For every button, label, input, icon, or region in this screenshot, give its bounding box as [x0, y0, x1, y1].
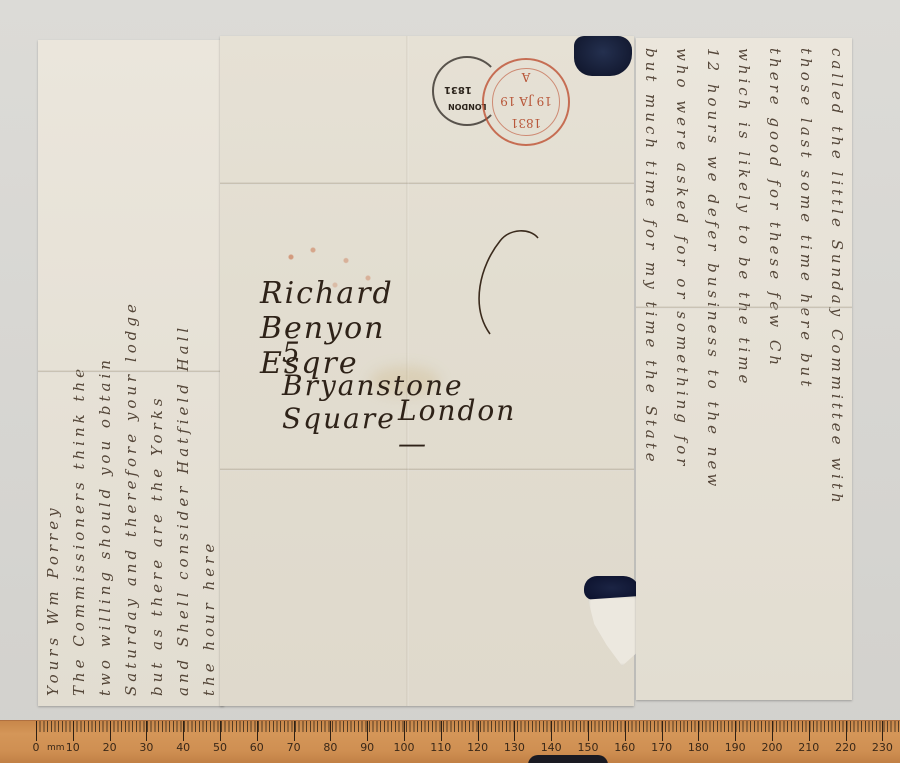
- ruler-major-tick: [73, 721, 74, 741]
- ruler-label: 210: [798, 741, 819, 754]
- ruler-label: 170: [651, 741, 672, 754]
- ruler-label: 110: [430, 741, 451, 754]
- wax-seal-top: [574, 36, 632, 76]
- ruler-ticks: [36, 721, 900, 741]
- fold-crease: [220, 182, 634, 185]
- ruler-major-tick: [478, 721, 479, 741]
- ruler-label: 130: [504, 741, 525, 754]
- handwriting-line: which is likely to be the time: [735, 48, 753, 690]
- ruler-label: 30: [139, 741, 153, 754]
- fold-crease: [636, 306, 852, 309]
- ruler-major-tick: [772, 721, 773, 741]
- ruler-major-tick: [809, 721, 810, 741]
- handwriting-line: but as there are the Yorks: [148, 50, 166, 696]
- address-panel: 1831 LONDON A 19 JA 19 1831 Richard Beny…: [220, 36, 634, 706]
- ruler-major-tick: [551, 721, 552, 741]
- red-postmark-date: 19 JA 19: [484, 94, 568, 108]
- ruler-major-tick: [846, 721, 847, 741]
- right-panel-handwriting: but much time for my time the State who …: [642, 48, 846, 690]
- ruler-label: 20: [103, 741, 117, 754]
- ruler-major-tick: [441, 721, 442, 741]
- right-panel: but much time for my time the State who …: [636, 38, 852, 700]
- ruler-major-tick: [146, 721, 147, 741]
- ruler-major-tick: [404, 721, 405, 741]
- ruler-major-tick: [588, 721, 589, 741]
- ruler-major-tick: [110, 721, 111, 741]
- address-city: London —: [398, 394, 516, 460]
- red-postmark: A 19 JA 19 1831: [482, 58, 570, 146]
- handwriting-line: the hour here: [200, 50, 218, 696]
- ruler-label: 100: [394, 741, 415, 754]
- ruler-label: 70: [287, 741, 301, 754]
- handwriting-line: 12 hours we defer business to the new: [704, 48, 722, 690]
- ruler-unit: mm: [47, 743, 65, 753]
- ruler-label: 40: [176, 741, 190, 754]
- red-postmark-year: 1831: [484, 116, 568, 130]
- ruler-label: 190: [725, 741, 746, 754]
- handwriting-line: Saturday and therefore your lodge: [122, 50, 140, 696]
- ruler-label: 80: [323, 741, 337, 754]
- left-panel: Yours Wm Porrey The Commissioners think …: [38, 40, 224, 706]
- ruler-label: 160: [614, 741, 635, 754]
- handwriting-line: called the little Sunday Committee with: [828, 48, 846, 690]
- ruler-label: 0: [33, 741, 40, 754]
- ruler-clip: [528, 755, 608, 763]
- ruler-major-tick: [662, 721, 663, 741]
- ruler-label: 90: [360, 741, 374, 754]
- ruler-major-tick: [514, 721, 515, 741]
- black-postmark-year: 1831: [444, 84, 472, 95]
- folded-letter-cover: Yours Wm Porrey The Commissioners think …: [38, 36, 852, 706]
- ruler-label: 120: [467, 741, 488, 754]
- handwriting-line: those last some time here but: [797, 48, 815, 690]
- ruler-label: 200: [762, 741, 783, 754]
- ruler-major-tick: [220, 721, 221, 741]
- handwriting-line: Yours Wm Porrey: [44, 50, 62, 696]
- ruler-major-tick: [330, 721, 331, 741]
- handwriting-line: The Commissioners think the: [70, 50, 88, 696]
- ruler-major-tick: [257, 721, 258, 741]
- ruler-label: 180: [688, 741, 709, 754]
- left-panel-handwriting: Yours Wm Porrey The Commissioners think …: [44, 50, 218, 696]
- ruler-label: 60: [250, 741, 264, 754]
- ruler-major-tick: [625, 721, 626, 741]
- ruler-label: 230: [872, 741, 893, 754]
- ruler-label: 140: [541, 741, 562, 754]
- wax-seal-bottom: [584, 576, 640, 600]
- ruler-major-tick: [735, 721, 736, 741]
- ruler-label: 220: [835, 741, 856, 754]
- ruler-major-tick: [36, 721, 37, 741]
- fold-crease: [220, 468, 634, 471]
- handwriting-line: who were asked for or something for: [673, 48, 691, 690]
- ruler-label: 50: [213, 741, 227, 754]
- handwriting-line: but much time for my time the State: [642, 48, 660, 690]
- handwriting-line: and Shell consider Hatfield Hall: [174, 50, 192, 696]
- black-postmark-place: LONDON: [448, 102, 486, 111]
- ruler-major-tick: [367, 721, 368, 741]
- ruler-label: 10: [66, 741, 80, 754]
- mm-ruler: mm 0102030405060708090100110120130140150…: [0, 720, 900, 763]
- ruler-major-tick: [698, 721, 699, 741]
- fold-crease: [38, 370, 224, 373]
- handwriting-line: two willing should you obtain: [96, 50, 114, 696]
- ruler-major-tick: [183, 721, 184, 741]
- handwriting-line: there good for these few Ch: [766, 48, 784, 690]
- ruler-major-tick: [294, 721, 295, 741]
- pen-flourish: [460, 226, 540, 336]
- ruler-label: 150: [578, 741, 599, 754]
- red-postmark-bottom: A: [484, 70, 568, 84]
- ruler-major-tick: [882, 721, 883, 741]
